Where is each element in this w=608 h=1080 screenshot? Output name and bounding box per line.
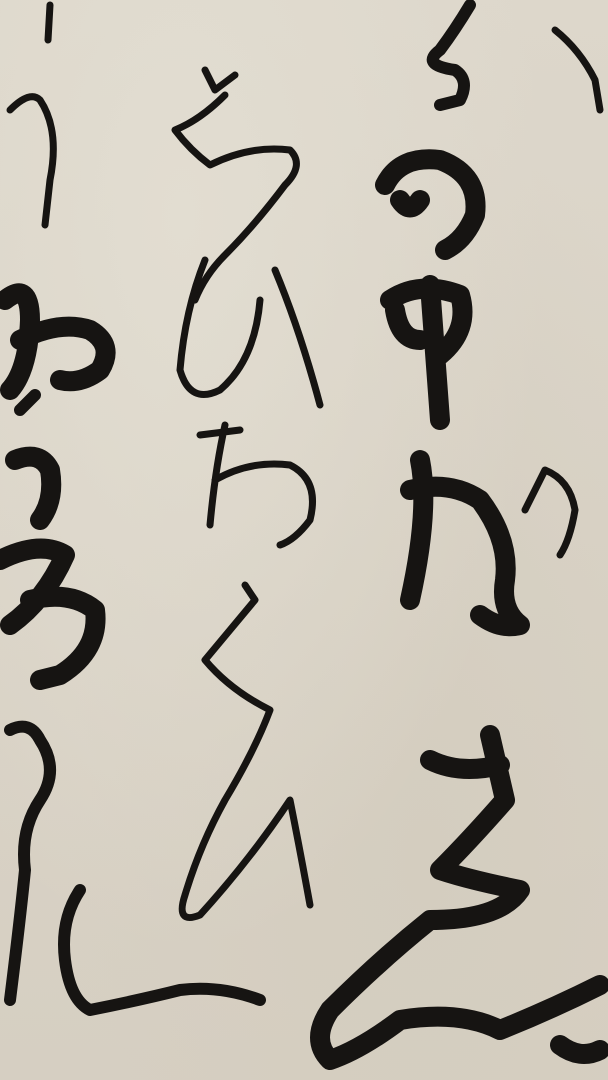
calligraphy-ink-strokes <box>0 0 608 1080</box>
right-column-strokes <box>320 5 600 1060</box>
left-column-strokes <box>0 5 260 1010</box>
washi-paper-background: Japanese cursive calligraphy (sosho kana… <box>0 0 608 1080</box>
center-column-strokes <box>175 70 320 918</box>
